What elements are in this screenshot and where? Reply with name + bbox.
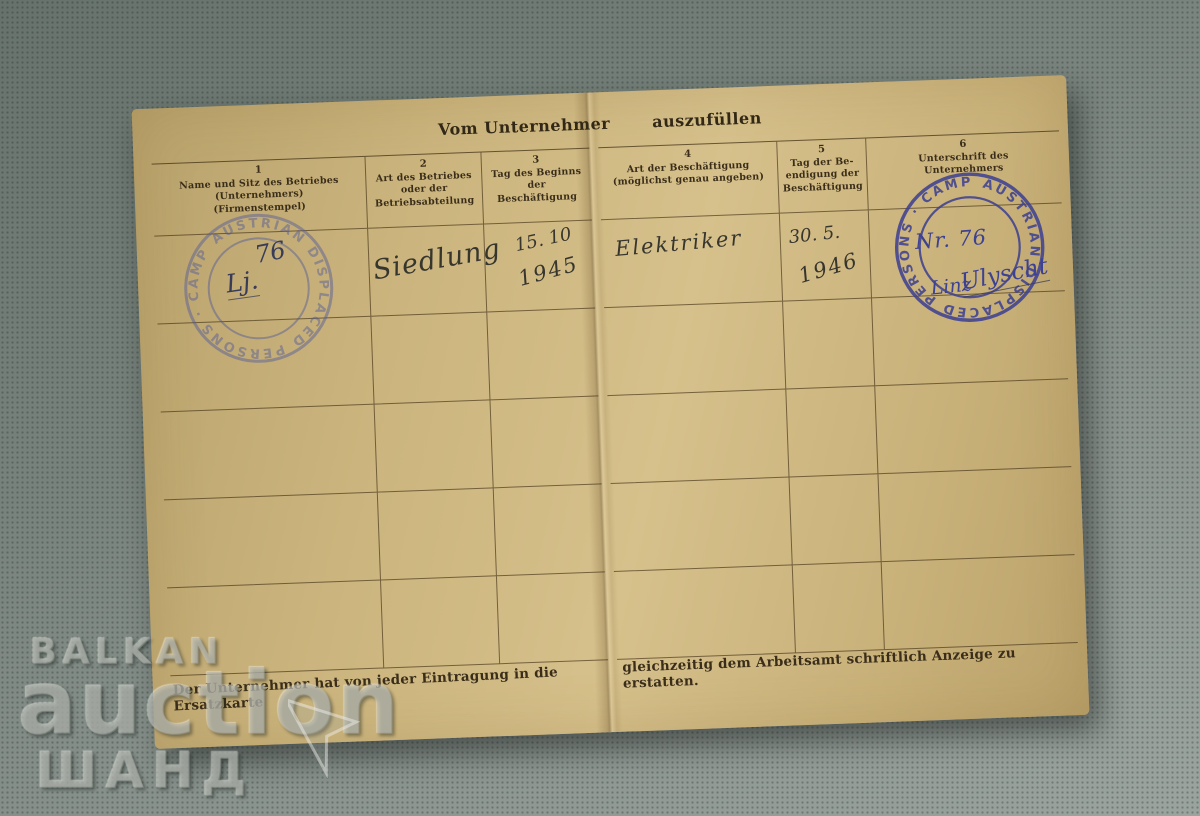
column-label: Art der Beschäftigung (möglichst genau a… bbox=[608, 159, 769, 190]
table-cell bbox=[164, 493, 381, 589]
table-cell bbox=[161, 405, 378, 501]
table-cell bbox=[878, 467, 1074, 562]
table-cell bbox=[611, 477, 793, 572]
table-cell bbox=[882, 555, 1078, 650]
table-cell bbox=[601, 214, 783, 309]
table-cell bbox=[167, 581, 384, 677]
column-label: Tag der Be-endigung der Beschäftigung bbox=[781, 156, 864, 196]
column-label: Tag des Beginns der Beschäftigung bbox=[490, 166, 583, 206]
table-cell bbox=[375, 400, 494, 492]
handwriting-card-number-right: Nr. 76 bbox=[914, 225, 988, 254]
column-number: 3 bbox=[532, 153, 539, 167]
table-cell bbox=[490, 396, 601, 488]
column-number: 2 bbox=[420, 158, 427, 172]
document: Vom Unternehmer auszufüllen 1 Name und S… bbox=[132, 75, 1090, 749]
table-cell bbox=[494, 484, 605, 576]
title-right: auszufüllen bbox=[652, 108, 762, 131]
column-number: 6 bbox=[959, 138, 966, 152]
column-number: 1 bbox=[255, 164, 262, 178]
table-cell bbox=[381, 576, 500, 668]
table-cell bbox=[487, 308, 598, 400]
handwriting-initials: Lj. bbox=[224, 265, 260, 300]
watermark-brand-cyrillic: ШАНД bbox=[36, 742, 255, 800]
table-cell bbox=[604, 302, 786, 397]
photo-scene: Vom Unternehmer auszufüllen 1 Name und S… bbox=[0, 0, 1200, 816]
column-number: 5 bbox=[818, 143, 825, 157]
column-header-2: 2 Art des Betriebes oder der Betriebsabt… bbox=[365, 153, 484, 229]
table-cell bbox=[378, 488, 497, 580]
table-cell bbox=[783, 298, 875, 389]
column-label: Art des Betriebes oder der Betriebsabtei… bbox=[372, 170, 477, 211]
table-cell bbox=[607, 390, 789, 485]
table-cell bbox=[786, 386, 878, 477]
column-header-3: 3 Tag des Beginns der Beschäftigung bbox=[481, 149, 592, 225]
column-header-4: 4 Art der Beschäftigung (möglichst genau… bbox=[598, 142, 780, 221]
table-cell bbox=[371, 312, 490, 404]
table-cell bbox=[793, 562, 885, 653]
table-cell bbox=[497, 572, 608, 664]
table-cell bbox=[875, 379, 1071, 474]
column-header-5: 5 Tag der Be-endigung der Beschäftigung bbox=[777, 138, 869, 213]
handwriting-card-number-left: 76 bbox=[253, 236, 288, 269]
column-number: 4 bbox=[684, 148, 691, 162]
table-cell bbox=[614, 565, 796, 660]
table-cell bbox=[790, 474, 882, 565]
